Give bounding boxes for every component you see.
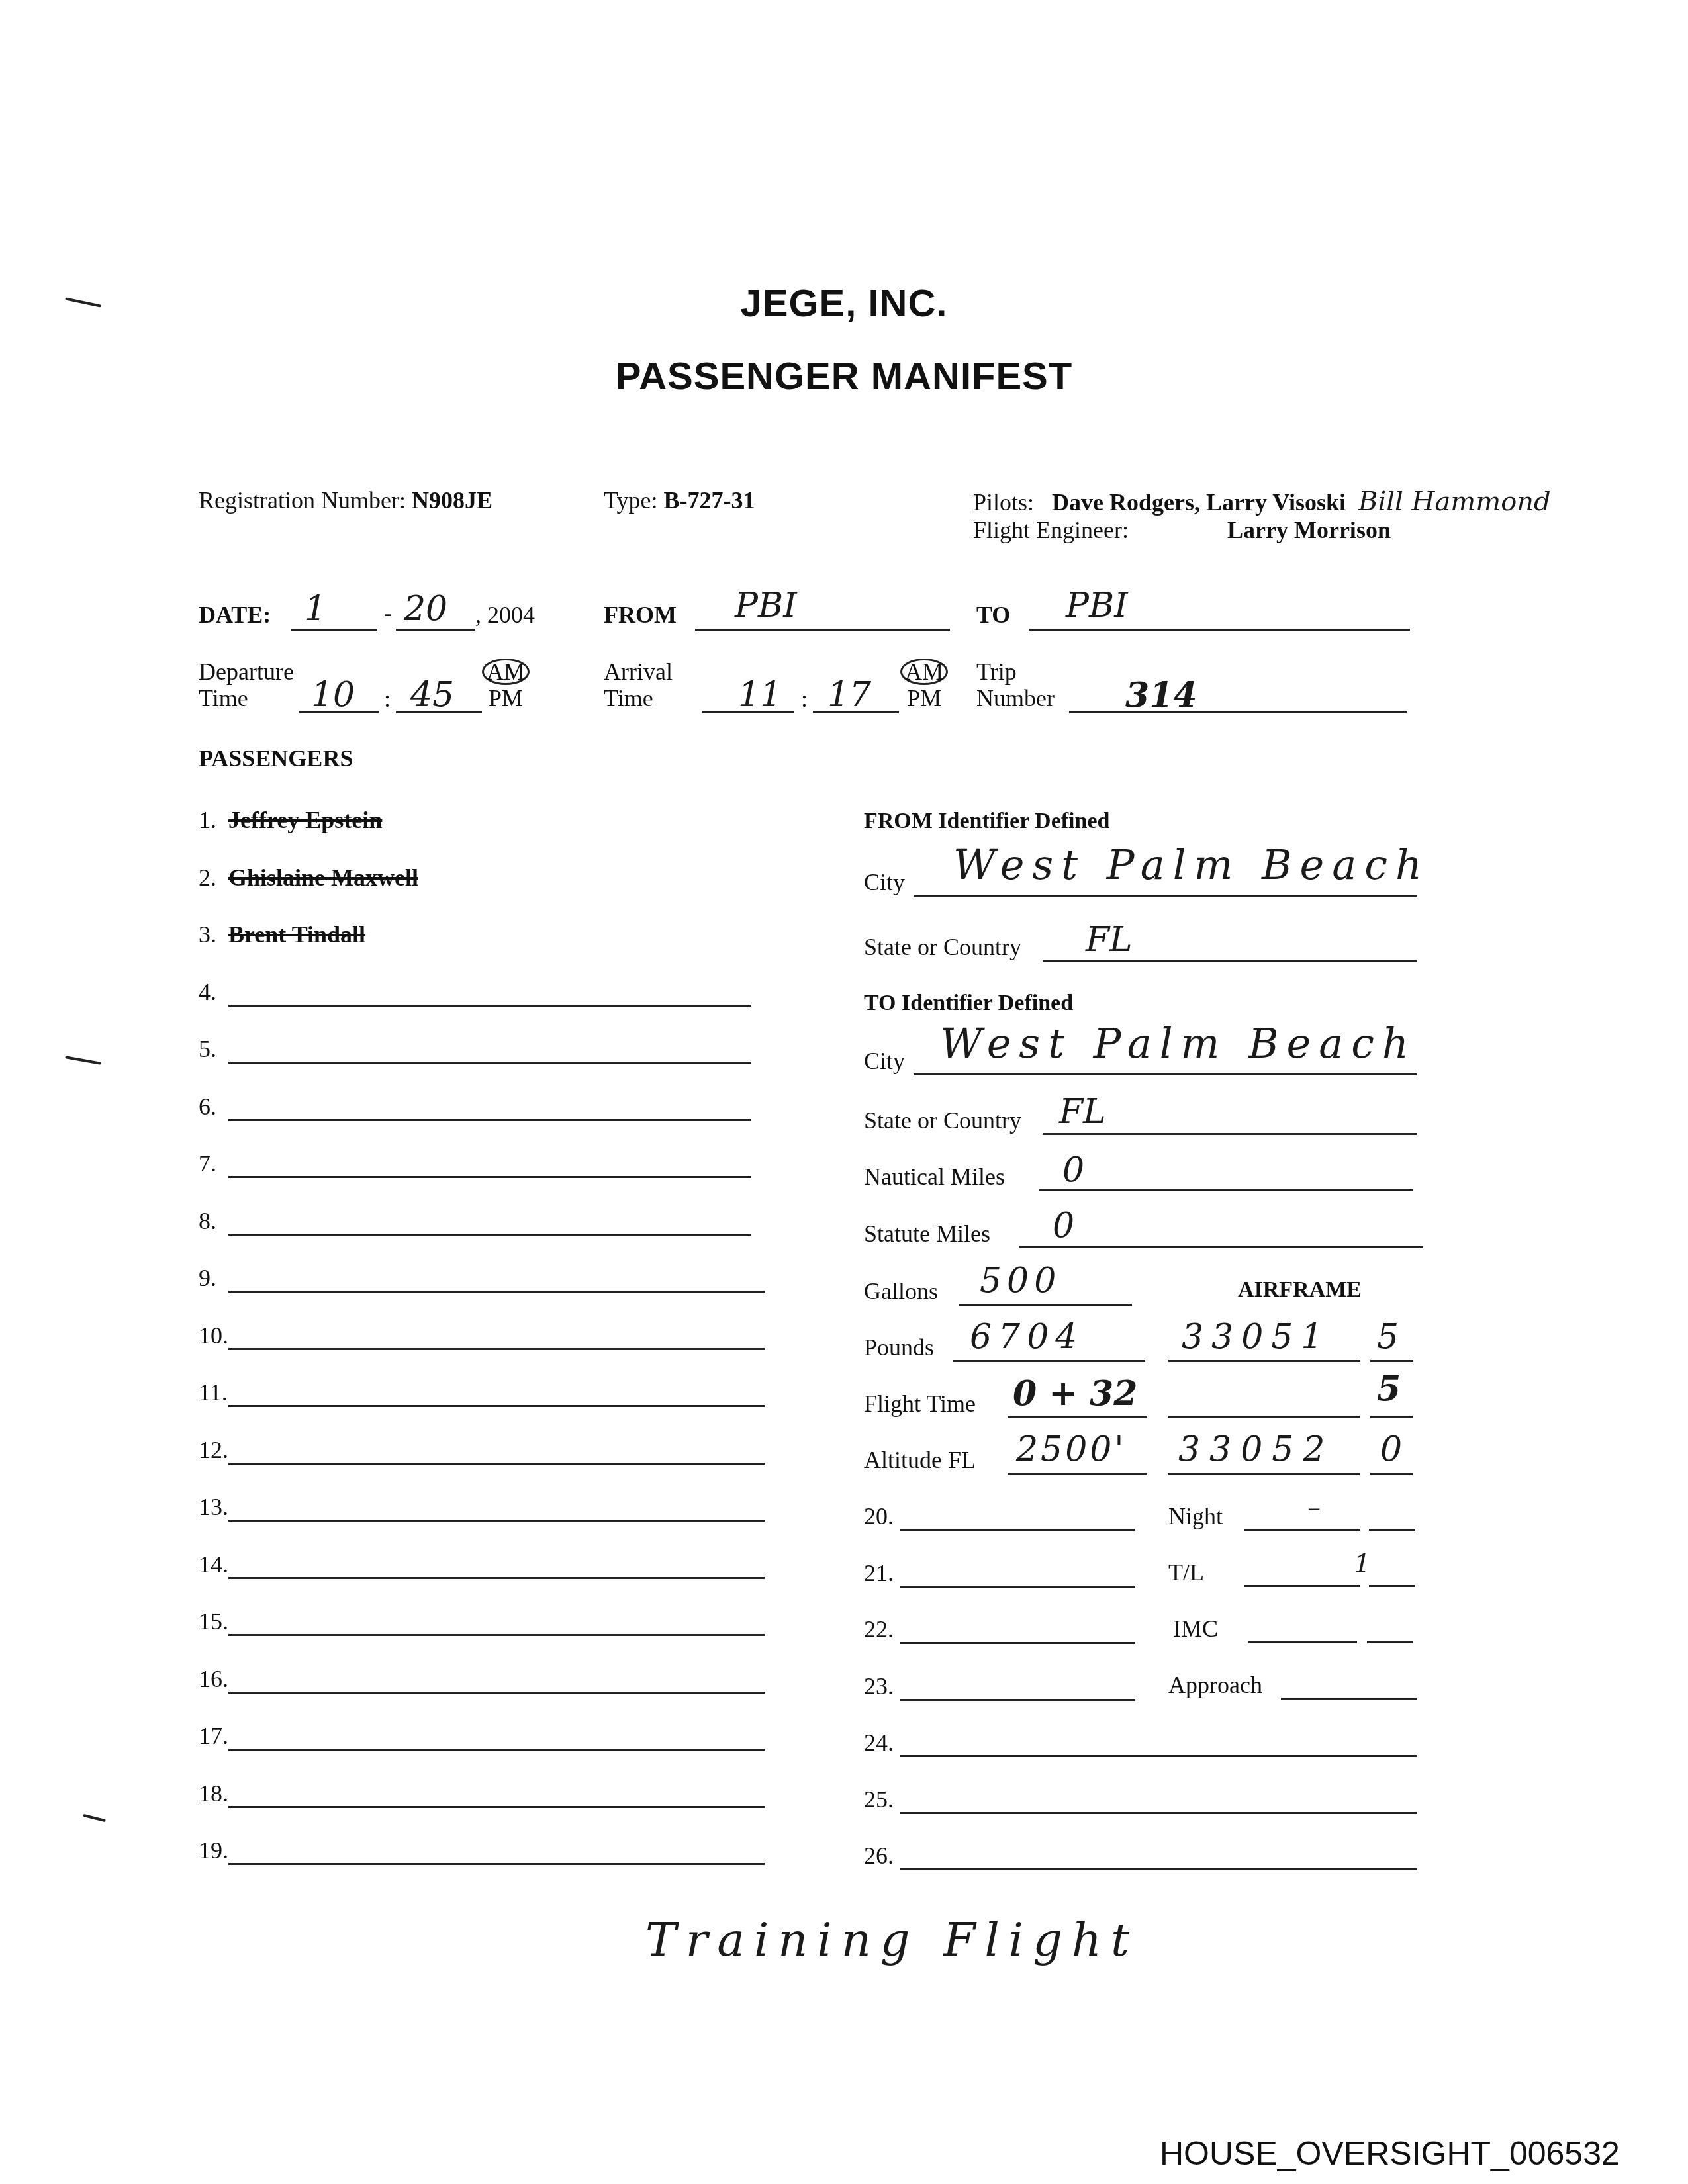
flight-time-line bbox=[1008, 1416, 1147, 1418]
from-label: FROM bbox=[604, 601, 677, 629]
passenger-number: 1. bbox=[199, 806, 216, 834]
airframe-pounds-dec-line bbox=[1370, 1360, 1413, 1362]
pilots-label: Pilots: bbox=[973, 489, 1034, 516]
airframe-alt-dec[interactable]: 0 bbox=[1380, 1430, 1402, 1469]
statute-miles-line bbox=[1019, 1246, 1423, 1248]
passenger-number: 16. bbox=[199, 1665, 228, 1693]
page-title: PASSENGER MANIFEST bbox=[0, 354, 1688, 398]
altitude-label: Altitude FL bbox=[864, 1446, 976, 1474]
passenger-number: 22. bbox=[864, 1615, 894, 1643]
imc-line bbox=[1248, 1641, 1357, 1643]
passenger-number: 17. bbox=[199, 1722, 228, 1750]
passenger-entry-line[interactable] bbox=[228, 1749, 765, 1751]
arrival-hour-value[interactable]: 11 bbox=[738, 675, 782, 715]
departure-colon: : bbox=[384, 685, 391, 713]
passenger-entry-line[interactable] bbox=[228, 1692, 765, 1694]
pilots-field: Pilots: Dave Rodgers, Larry Visoski Bill… bbox=[973, 486, 1551, 517]
airframe-pounds-whole[interactable]: 33051 bbox=[1182, 1317, 1331, 1357]
tl-value[interactable]: 1 bbox=[1354, 1549, 1370, 1579]
passenger-number: 8. bbox=[199, 1207, 216, 1235]
date-label: DATE: bbox=[199, 601, 271, 629]
imc-label: IMC bbox=[1173, 1615, 1218, 1643]
airframe-alt-whole[interactable]: 33052 bbox=[1178, 1430, 1334, 1469]
departure-label-line2: Time bbox=[199, 685, 294, 711]
departure-am-selected[interactable]: AM bbox=[482, 659, 530, 685]
to-city-value[interactable]: West Palm Beach bbox=[940, 1019, 1417, 1068]
type-label: Type: bbox=[604, 487, 657, 514]
passenger-number: 2. bbox=[199, 864, 216, 891]
airframe-pounds-line bbox=[1168, 1360, 1360, 1362]
passenger-entry-line[interactable] bbox=[228, 1062, 751, 1064]
from-city-label: City bbox=[864, 868, 905, 896]
gallons-line bbox=[959, 1304, 1132, 1306]
passenger-number: 26. bbox=[864, 1842, 894, 1870]
passenger-entry-line[interactable] bbox=[228, 1005, 751, 1007]
date-month-value[interactable]: 1 bbox=[305, 589, 326, 629]
passenger-number: 14. bbox=[199, 1551, 228, 1578]
passenger-number: 20. bbox=[864, 1502, 894, 1530]
passenger-number: 12. bbox=[199, 1436, 228, 1464]
departure-hour-value[interactable]: 10 bbox=[311, 675, 355, 715]
nautical-miles-label: Nautical Miles bbox=[864, 1163, 1005, 1191]
registration-label: Registration Number: bbox=[199, 487, 406, 514]
tl-label: T/L bbox=[1168, 1559, 1204, 1586]
to-city-label: City bbox=[864, 1047, 905, 1075]
registration-value: N908JE bbox=[412, 487, 492, 514]
airframe-alt-dec-line bbox=[1370, 1473, 1413, 1475]
passenger-number: 9. bbox=[199, 1264, 216, 1292]
from-state-label: State or Country bbox=[864, 933, 1021, 961]
scan-mark bbox=[65, 1056, 101, 1064]
trip-label-line1: Trip bbox=[976, 659, 1055, 685]
pilots-value: Dave Rodgers, Larry Visoski bbox=[1052, 489, 1346, 516]
airframe-pounds-dec[interactable]: 5 bbox=[1377, 1317, 1399, 1357]
departure-label-line1: Departure bbox=[199, 659, 294, 685]
to-city-line bbox=[914, 1073, 1417, 1075]
passenger-number: 24. bbox=[864, 1729, 894, 1756]
passenger-entry-line[interactable] bbox=[228, 1176, 751, 1178]
to-label: TO bbox=[976, 601, 1010, 629]
passenger-entry-line[interactable] bbox=[900, 1642, 1135, 1644]
passenger-entry-line[interactable] bbox=[228, 1405, 765, 1407]
passenger-entry-line[interactable] bbox=[228, 1634, 765, 1636]
departure-min-value[interactable]: 45 bbox=[410, 675, 454, 715]
tl-dec-line bbox=[1369, 1585, 1415, 1587]
flight-time-label: Flight Time bbox=[864, 1390, 976, 1418]
passenger-name[interactable]: Jeffrey Epstein bbox=[228, 806, 382, 834]
statute-miles-value[interactable]: 0 bbox=[1053, 1206, 1074, 1246]
passenger-entry-line[interactable] bbox=[228, 1463, 765, 1465]
tl-line bbox=[1244, 1585, 1360, 1587]
company-name: JEGE, INC. bbox=[0, 281, 1688, 326]
passenger-entry-line[interactable] bbox=[228, 1234, 751, 1236]
pilots-handwritten: Bill Hammond bbox=[1358, 486, 1551, 517]
from-state-line bbox=[1043, 960, 1417, 962]
nautical-miles-value[interactable]: 0 bbox=[1062, 1150, 1084, 1190]
date-month-line bbox=[291, 629, 377, 631]
gallons-value[interactable]: 500 bbox=[980, 1261, 1061, 1300]
airframe-alt-line bbox=[1168, 1473, 1360, 1475]
passenger-entry-line[interactable] bbox=[228, 1348, 765, 1350]
to-value[interactable]: PBI bbox=[1066, 586, 1128, 625]
night-dec-line bbox=[1369, 1529, 1415, 1531]
to-state-value[interactable]: FL bbox=[1059, 1092, 1106, 1132]
arrival-min-value[interactable]: 17 bbox=[827, 675, 871, 715]
departure-label: Departure Time bbox=[199, 659, 294, 711]
passenger-number: 4. bbox=[199, 978, 216, 1006]
pounds-label: Pounds bbox=[864, 1334, 934, 1361]
arrival-label-line2: Time bbox=[604, 685, 673, 711]
trip-number-value[interactable]: 314 bbox=[1125, 675, 1197, 715]
departure-ampm: AM PM bbox=[482, 659, 530, 711]
approach-line bbox=[1281, 1698, 1417, 1700]
arrival-label-line1: Arrival bbox=[604, 659, 673, 685]
trip-label-line2: Number bbox=[976, 685, 1055, 711]
from-city-line bbox=[914, 895, 1417, 897]
passenger-entry-line[interactable] bbox=[900, 1699, 1135, 1701]
passenger-entry-line[interactable] bbox=[900, 1868, 1417, 1870]
from-line bbox=[695, 629, 950, 631]
airframe-time-dec-line bbox=[1370, 1416, 1413, 1418]
passenger-name[interactable]: Brent Tindall bbox=[228, 921, 365, 948]
arrival-pm[interactable]: PM bbox=[900, 685, 948, 711]
passenger-entry-line[interactable] bbox=[228, 1577, 765, 1579]
passenger-entry-line[interactable] bbox=[228, 1520, 765, 1522]
trip-label: Trip Number bbox=[976, 659, 1055, 711]
scan-mark bbox=[83, 1814, 106, 1822]
passenger-number: 10. bbox=[199, 1322, 228, 1349]
from-city-value[interactable]: West Palm Beach bbox=[953, 841, 1430, 889]
arrival-colon: : bbox=[801, 685, 808, 713]
passenger-number: 13. bbox=[199, 1493, 228, 1521]
altitude-line bbox=[1008, 1473, 1147, 1475]
airframe-heading: AIRFRAME bbox=[1238, 1277, 1362, 1302]
registration-field: Registration Number: N908JE bbox=[199, 486, 492, 514]
passenger-number: 5. bbox=[199, 1035, 216, 1063]
from-identifier-heading: FROM Identifier Defined bbox=[864, 809, 1109, 834]
engineer-field: Flight Engineer: Larry Morrison bbox=[973, 516, 1391, 544]
type-field: Type: B-727-31 bbox=[604, 486, 755, 514]
to-line bbox=[1029, 629, 1410, 631]
date-day-value[interactable]: 20 bbox=[404, 589, 447, 629]
arrival-am-selected[interactable]: AM bbox=[900, 659, 948, 685]
passenger-number: 3. bbox=[199, 921, 216, 948]
engineer-label: Flight Engineer: bbox=[973, 517, 1129, 543]
night-label: Night bbox=[1168, 1502, 1223, 1530]
pounds-value[interactable]: 6704 bbox=[970, 1317, 1084, 1357]
gallons-label: Gallons bbox=[864, 1277, 938, 1305]
date-separator: - bbox=[384, 599, 392, 627]
from-value[interactable]: PBI bbox=[735, 586, 797, 625]
passenger-entry-line[interactable] bbox=[900, 1812, 1417, 1814]
passenger-number: 23. bbox=[864, 1672, 894, 1700]
bates-number: HOUSE_OVERSIGHT_006532 bbox=[1160, 2134, 1620, 2173]
approach-label: Approach bbox=[1168, 1671, 1262, 1699]
to-state-line bbox=[1043, 1133, 1417, 1135]
to-identifier-heading: TO Identifier Defined bbox=[864, 991, 1073, 1016]
night-value[interactable]: – bbox=[1307, 1492, 1321, 1523]
pounds-line bbox=[953, 1360, 1145, 1362]
departure-pm[interactable]: PM bbox=[482, 685, 530, 711]
date-day-line bbox=[396, 629, 475, 631]
imc-dec-line bbox=[1367, 1641, 1413, 1643]
airframe-time-dec[interactable]: 5 bbox=[1377, 1369, 1401, 1409]
type-value: B-727-31 bbox=[663, 487, 755, 514]
passenger-number: 21. bbox=[864, 1559, 894, 1587]
night-line bbox=[1244, 1529, 1360, 1531]
passenger-entry-line[interactable] bbox=[228, 1291, 765, 1293]
statute-miles-label: Statute Miles bbox=[864, 1220, 990, 1248]
passenger-number: 25. bbox=[864, 1786, 894, 1813]
passenger-entry-line[interactable] bbox=[900, 1586, 1135, 1588]
altitude-value[interactable]: 2500' bbox=[1016, 1430, 1127, 1469]
passenger-entry-line[interactable] bbox=[228, 1119, 751, 1121]
date-year: , 2004 bbox=[475, 601, 535, 629]
arrival-label: Arrival Time bbox=[604, 659, 673, 711]
passenger-number: 18. bbox=[199, 1780, 228, 1807]
to-state-label: State or Country bbox=[864, 1107, 1021, 1134]
nautical-miles-line bbox=[1039, 1189, 1413, 1191]
passenger-number: 15. bbox=[199, 1608, 228, 1635]
airframe-time-line bbox=[1168, 1416, 1360, 1418]
passenger-entry-line[interactable] bbox=[228, 1806, 765, 1808]
passenger-number: 6. bbox=[199, 1093, 216, 1120]
arrival-ampm: AM PM bbox=[900, 659, 948, 711]
handwritten-note: Training Flight bbox=[645, 1913, 1139, 1967]
flight-time-value[interactable]: 0 + 32 bbox=[1013, 1373, 1137, 1414]
passenger-name[interactable]: Ghislaine Maxwell bbox=[228, 864, 418, 891]
passenger-number: 19. bbox=[199, 1837, 228, 1864]
passenger-number: 11. bbox=[199, 1379, 228, 1406]
passenger-entry-line[interactable] bbox=[900, 1755, 1417, 1757]
passenger-entry-line[interactable] bbox=[900, 1529, 1135, 1531]
engineer-value: Larry Morrison bbox=[1227, 517, 1391, 543]
passenger-number: 7. bbox=[199, 1150, 216, 1177]
trip-number-line bbox=[1069, 711, 1407, 713]
passengers-heading: PASSENGERS bbox=[199, 745, 353, 772]
from-state-value[interactable]: FL bbox=[1086, 920, 1133, 960]
passenger-entry-line[interactable] bbox=[228, 1863, 765, 1865]
